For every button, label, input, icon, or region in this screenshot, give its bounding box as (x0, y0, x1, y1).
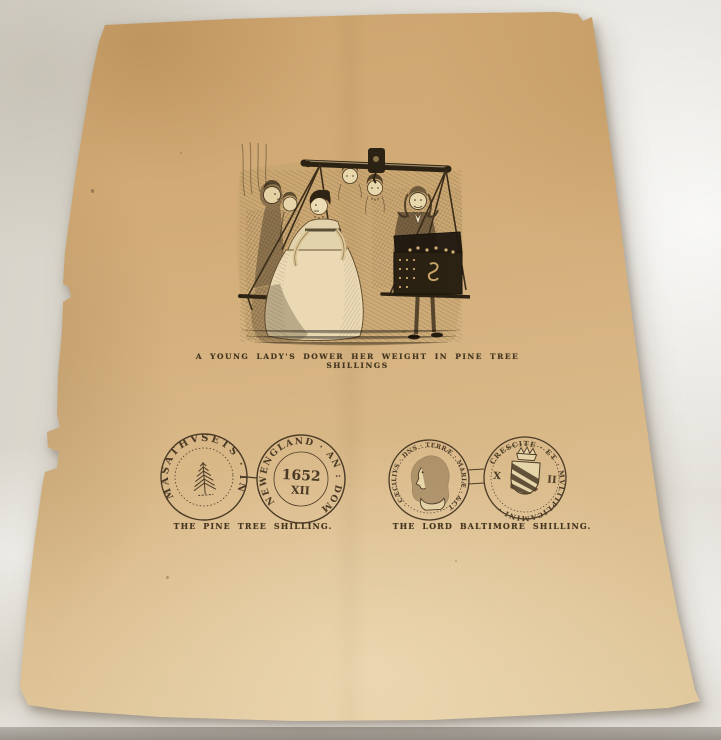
photo-of-book-plate: A YOUNG LADY'S DOWER HER WEIGHT IN PINE … (0, 0, 721, 740)
coin-year: 1652 (281, 467, 321, 485)
pine-tree-shilling-obverse: MASATHVSETS · IN · (150, 420, 251, 524)
foxing-speck (455, 560, 457, 562)
pine-tree (192, 461, 216, 495)
page-shadow: A YOUNG LADY'S DOWER HER WEIGHT IN PINE … (0, 0, 721, 740)
coin-connector-left (247, 477, 257, 478)
calvert-shield (510, 461, 540, 495)
coin-chest (394, 232, 462, 294)
shield-value-left: X (493, 471, 502, 483)
shield-value-right: II (547, 475, 557, 487)
weighing-scene-engraving (222, 138, 470, 348)
coin-denomination: XII (291, 484, 310, 498)
baltimore-bust (410, 455, 451, 511)
pine-tree-caption: THE PINE TREE SHILLING. (148, 521, 358, 531)
foxing-speck (180, 152, 182, 154)
foxing-speck (166, 576, 169, 579)
coin-connector-right (468, 469, 484, 484)
svg-text:MASATHVSETS · IN ·: MASATHVSETS · IN · (150, 420, 249, 502)
coin-engravings: MASATHVSETS · IN · 1652 XII NEWENGLAND ·… (150, 420, 580, 528)
engraving-caption: A YOUNG LADY'S DOWER HER WEIGHT IN PINE … (175, 352, 540, 370)
foxing-speck (91, 189, 94, 193)
antique-book-page: A YOUNG LADY'S DOWER HER WEIGHT IN PINE … (0, 0, 721, 740)
pine-tree-shilling-reverse: 1652 XII NEWENGLAND · AN : DOM (255, 433, 347, 525)
lord-baltimore-caption: THE LORD BALTIMORE SHILLING. (378, 521, 606, 531)
pine-obverse-legend: MASATHVSETS · IN · (150, 420, 249, 502)
baltimore-shilling-obverse: · CÆCILIVS · DNS · TERRÆ · MARIÆ · &CT (387, 438, 471, 522)
baltimore-shilling-reverse: X II CRESCITE · ET · MVLTIPLICAMINI · (481, 434, 570, 526)
